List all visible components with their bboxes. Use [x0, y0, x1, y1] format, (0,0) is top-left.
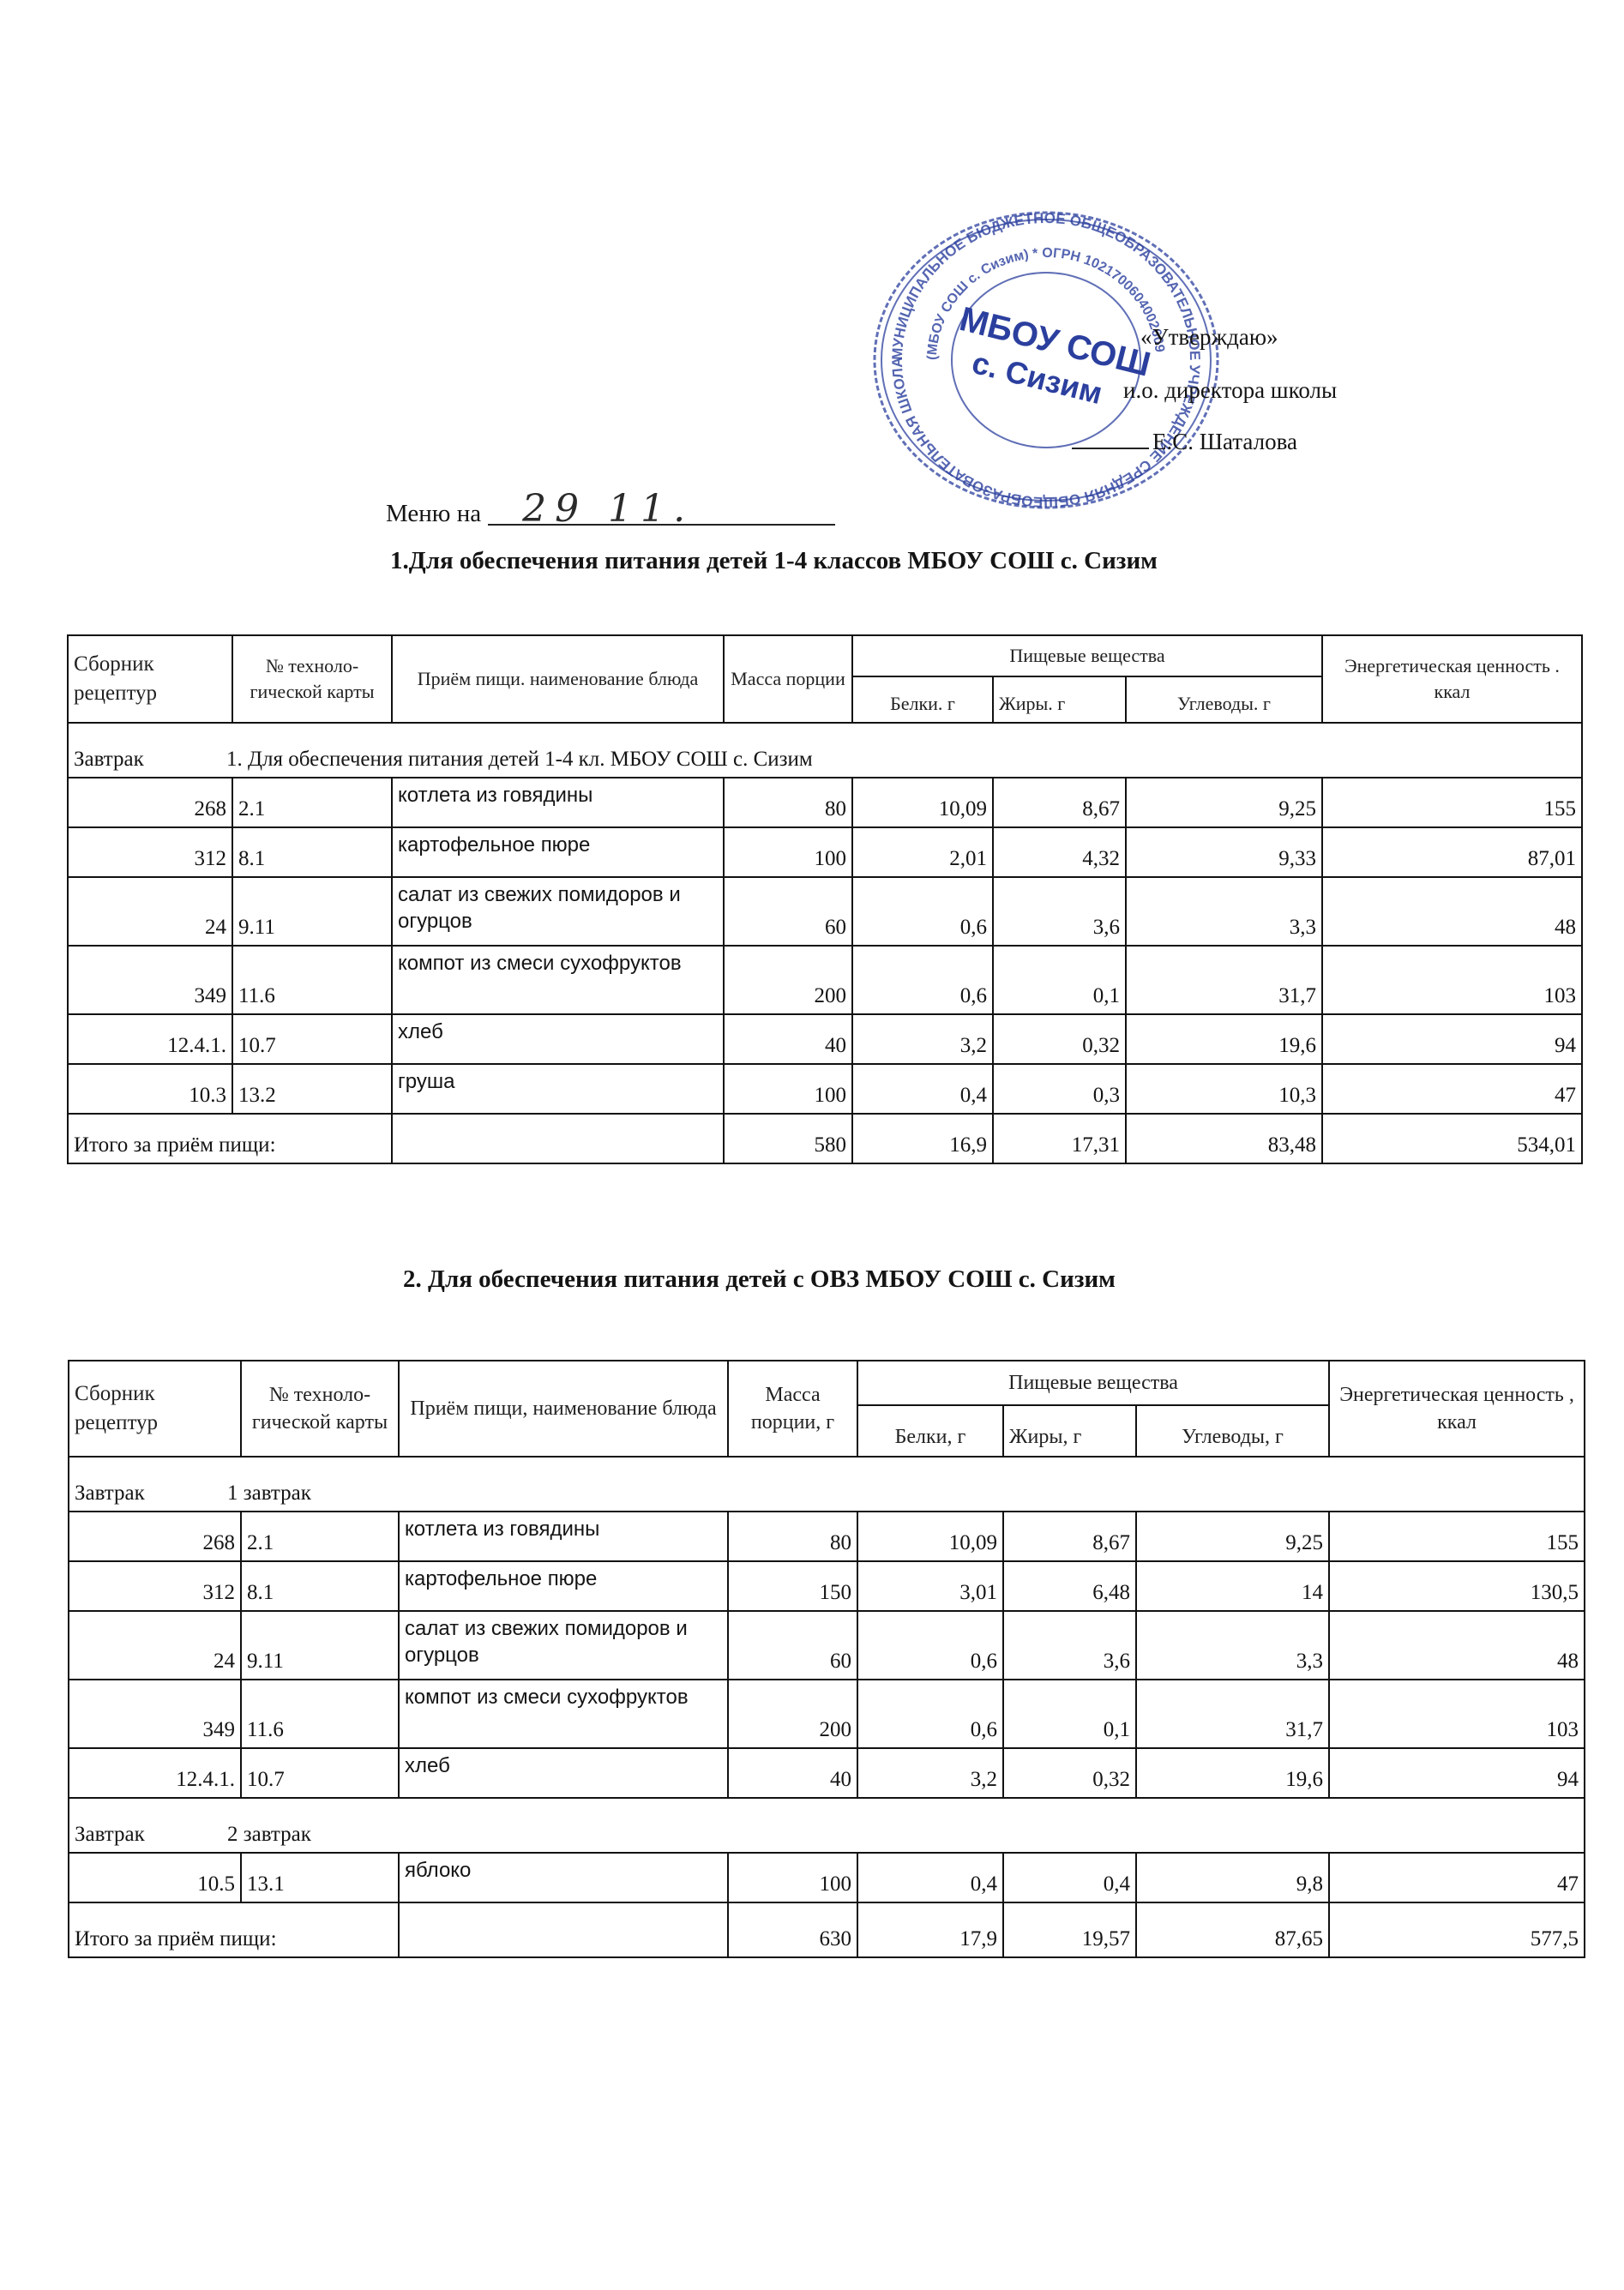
- recipe-collection-cell: 349: [68, 946, 232, 1014]
- meal-group-row: Завтрак2 завтрак: [69, 1798, 1585, 1853]
- tech-card-cell: 8.1: [241, 1561, 399, 1611]
- energy-cell: 47: [1322, 1064, 1582, 1114]
- protein-cell: 10,09: [857, 1512, 1003, 1561]
- mass-cell: 200: [724, 946, 852, 1014]
- table-row: 249.11салат из свежих помидоров и огурцо…: [69, 1611, 1585, 1680]
- dish-name-cell: компот из смеси сухофруктов: [392, 946, 724, 1014]
- tech-card-cell: 13.2: [232, 1064, 392, 1114]
- mass-cell: 40: [728, 1748, 857, 1798]
- tech-card-cell: 11.6: [232, 946, 392, 1014]
- table-body: 2682.1котлета из говядины8010,098,679,25…: [69, 1512, 1585, 1798]
- carbs-cell: 10,3: [1126, 1064, 1322, 1114]
- group-label: 2 завтрак: [227, 1823, 311, 1846]
- meal-label: Завтрак: [75, 1480, 227, 1508]
- protein-cell: 2,01: [852, 827, 993, 877]
- energy-cell: 94: [1329, 1748, 1585, 1798]
- carbs-cell: 31,7: [1136, 1680, 1329, 1748]
- protein-cell: 3,2: [857, 1748, 1003, 1798]
- approval-heading: «Утверждаю»: [1140, 326, 1278, 349]
- header-energy: Энергетическая ценность . ккал: [1322, 635, 1582, 723]
- dish-name-cell: яблоко: [399, 1853, 728, 1902]
- mass-cell: 150: [728, 1561, 857, 1611]
- dish-name-cell: картофельное пюре: [392, 827, 724, 877]
- table-row: 10.513.1яблоко1000,40,49,847: [69, 1853, 1585, 1902]
- total-empty-cell: [392, 1114, 724, 1163]
- total-fat: 19,57: [1003, 1902, 1136, 1957]
- fat-cell: 8,67: [993, 778, 1126, 827]
- energy-cell: 130,5: [1329, 1561, 1585, 1611]
- fat-cell: 0,1: [993, 946, 1126, 1014]
- header-nutrients: Пищевые вещества: [857, 1361, 1329, 1405]
- tech-card-cell: 8.1: [232, 827, 392, 877]
- header-tech-card: № техноло-гической карты: [232, 635, 392, 723]
- carbs-cell: 9,33: [1126, 827, 1322, 877]
- table-row: 2682.1котлета из говядины8010,098,679,25…: [69, 1512, 1585, 1561]
- mass-cell: 60: [728, 1611, 857, 1680]
- carbs-cell: 19,6: [1126, 1014, 1322, 1064]
- carbs-cell: 31,7: [1126, 946, 1322, 1014]
- total-label: Итого за приём пищи:: [69, 1902, 399, 1957]
- section-2-title: 2. Для обеспечения питания детей с ОВЗ М…: [403, 1265, 1116, 1294]
- tech-card-cell: 9.11: [241, 1611, 399, 1680]
- header-collection: Сборник рецептур: [69, 1361, 241, 1457]
- protein-cell: 0,6: [857, 1611, 1003, 1680]
- header-protein: Белки, г: [857, 1405, 1003, 1457]
- total-mass: 580: [724, 1114, 852, 1163]
- table-row: 12.4.1.10.7хлеб403,20,3219,694: [69, 1748, 1585, 1798]
- protein-cell: 0,4: [852, 1064, 993, 1114]
- energy-cell: 155: [1329, 1512, 1585, 1561]
- recipe-collection-cell: 24: [69, 1611, 241, 1680]
- menu-label: Меню на: [386, 500, 481, 527]
- dish-name-cell: котлета из говядины: [392, 778, 724, 827]
- total-row: Итого за приём пищи: 580 16,9 17,31 83,4…: [68, 1114, 1582, 1163]
- fat-cell: 6,48: [1003, 1561, 1136, 1611]
- fat-cell: 0,1: [1003, 1680, 1136, 1748]
- protein-cell: 0,6: [852, 877, 993, 946]
- tech-card-cell: 2.1: [241, 1512, 399, 1561]
- recipe-collection-cell: 312: [68, 827, 232, 877]
- total-protein: 17,9: [857, 1902, 1003, 1957]
- carbs-cell: 9,25: [1126, 778, 1322, 827]
- section-1-title: 1.Для обеспечения питания детей 1-4 клас…: [390, 547, 1158, 575]
- table-row: 12.4.1.10.7хлеб403,20,3219,694: [68, 1014, 1582, 1064]
- group-label: 1. Для обеспечения питания детей 1-4 кл.…: [226, 748, 813, 771]
- header-mass: Масса порции: [724, 635, 852, 723]
- fat-cell: 3,6: [993, 877, 1126, 946]
- tech-card-cell: 2.1: [232, 778, 392, 827]
- dish-name-cell: котлета из говядины: [399, 1512, 728, 1561]
- menu-date-field: 29 11.: [488, 495, 835, 526]
- dish-name-cell: картофельное пюре: [399, 1561, 728, 1611]
- school-stamp: МУНИЦИПАЛЬНОЕ БЮДЖЕТНОЕ ОБЩЕОБРАЗОВАТЕЛЬ…: [866, 206, 1226, 514]
- header-energy: Энергетическая ценность , ккал: [1329, 1361, 1585, 1457]
- mass-cell: 40: [724, 1014, 852, 1064]
- table-body: 2682.1котлета из говядины8010,098,679,25…: [68, 778, 1582, 1114]
- mass-cell: 100: [724, 827, 852, 877]
- tech-card-cell: 13.1: [241, 1853, 399, 1902]
- dish-name-cell: груша: [392, 1064, 724, 1114]
- dish-name-cell: компот из смеси сухофруктов: [399, 1680, 728, 1748]
- carbs-cell: 14: [1136, 1561, 1329, 1611]
- approval-signature-line: Е.С. Шаталова: [1072, 430, 1297, 454]
- table-row: 34911.6компот из смеси сухофруктов2000,6…: [69, 1680, 1585, 1748]
- energy-cell: 47: [1329, 1853, 1585, 1902]
- protein-cell: 3,01: [857, 1561, 1003, 1611]
- approver-name: Е.С. Шаталова: [1152, 429, 1297, 454]
- header-fat: Жиры. г: [993, 676, 1126, 723]
- total-carbs: 83,48: [1126, 1114, 1322, 1163]
- total-row: Итого за приём пищи: 630 17,9 19,57 87,6…: [69, 1902, 1585, 1957]
- meal-label: Завтрак: [74, 746, 226, 774]
- recipe-collection-cell: 10.5: [69, 1853, 241, 1902]
- group-label: 1 завтрак: [227, 1482, 311, 1505]
- total-mass: 630: [728, 1902, 857, 1957]
- recipe-collection-cell: 12.4.1.: [68, 1014, 232, 1064]
- fat-cell: 0,3: [993, 1064, 1126, 1114]
- header-dish: Приём пищи. наименование блюда: [392, 635, 724, 723]
- total-energy: 534,01: [1322, 1114, 1582, 1163]
- meal-label: Завтрак: [75, 1821, 227, 1849]
- menu-table-ovz: Сборник рецептур № техноло-гической карт…: [68, 1360, 1585, 1958]
- protein-cell: 10,09: [852, 778, 993, 827]
- menu-table-grades-1-4: Сборник рецептур № техноло-гической карт…: [67, 634, 1583, 1164]
- header-tech-card: № техноло-гической карты: [241, 1361, 399, 1457]
- fat-cell: 4,32: [993, 827, 1126, 877]
- header-carbs: Углеводы. г: [1126, 676, 1322, 723]
- table-row: 34911.6компот из смеси сухофруктов2000,6…: [68, 946, 1582, 1014]
- header-carbs: Углеводы, г: [1136, 1405, 1329, 1457]
- table-row: 10.313.2груша1000,40,310,347: [68, 1064, 1582, 1114]
- header-collection: Сборник рецептур: [68, 635, 232, 723]
- mass-cell: 100: [724, 1064, 852, 1114]
- meal-group-row: Завтрак1 завтрак: [69, 1457, 1585, 1512]
- tech-card-cell: 10.7: [241, 1748, 399, 1798]
- fat-cell: 0,32: [993, 1014, 1126, 1064]
- recipe-collection-cell: 24: [68, 877, 232, 946]
- recipe-collection-cell: 268: [68, 778, 232, 827]
- energy-cell: 87,01: [1322, 827, 1582, 877]
- total-label: Итого за приём пищи:: [68, 1114, 392, 1163]
- menu-date-line: Меню на29 11.: [386, 495, 835, 528]
- meal-group-row: Завтрак1. Для обеспечения питания детей …: [68, 723, 1582, 778]
- fat-cell: 0,4: [1003, 1853, 1136, 1902]
- header-fat: Жиры, г: [1003, 1405, 1136, 1457]
- energy-cell: 48: [1322, 877, 1582, 946]
- carbs-cell: 3,3: [1136, 1611, 1329, 1680]
- carbs-cell: 3,3: [1126, 877, 1322, 946]
- total-empty-cell: [399, 1902, 728, 1957]
- recipe-collection-cell: 10.3: [68, 1064, 232, 1114]
- energy-cell: 48: [1329, 1611, 1585, 1680]
- header-nutrients: Пищевые вещества: [852, 635, 1322, 676]
- carbs-cell: 19,6: [1136, 1748, 1329, 1798]
- fat-cell: 0,32: [1003, 1748, 1136, 1798]
- energy-cell: 103: [1322, 946, 1582, 1014]
- fat-cell: 3,6: [1003, 1611, 1136, 1680]
- dish-name-cell: салат из свежих помидоров и огурцов: [399, 1611, 728, 1680]
- dish-name-cell: хлеб: [399, 1748, 728, 1798]
- protein-cell: 0,6: [857, 1680, 1003, 1748]
- table-row: 3128.1картофельное пюре1503,016,4814130,…: [69, 1561, 1585, 1611]
- protein-cell: 3,2: [852, 1014, 993, 1064]
- total-fat: 17,31: [993, 1114, 1126, 1163]
- tech-card-cell: 11.6: [241, 1680, 399, 1748]
- recipe-collection-cell: 12.4.1.: [69, 1748, 241, 1798]
- fat-cell: 8,67: [1003, 1512, 1136, 1561]
- energy-cell: 94: [1322, 1014, 1582, 1064]
- protein-cell: 0,6: [852, 946, 993, 1014]
- carbs-cell: 9,8: [1136, 1853, 1329, 1902]
- table-body: 10.513.1яблоко1000,40,49,847: [69, 1853, 1585, 1902]
- tech-card-cell: 10.7: [232, 1014, 392, 1064]
- header-protein: Белки. г: [852, 676, 993, 723]
- total-protein: 16,9: [852, 1114, 993, 1163]
- mass-cell: 80: [728, 1512, 857, 1561]
- energy-cell: 155: [1322, 778, 1582, 827]
- recipe-collection-cell: 268: [69, 1512, 241, 1561]
- table-row: 3128.1картофельное пюре1002,014,329,3387…: [68, 827, 1582, 877]
- mass-cell: 80: [724, 778, 852, 827]
- table-row: 2682.1котлета из говядины8010,098,679,25…: [68, 778, 1582, 827]
- energy-cell: 103: [1329, 1680, 1585, 1748]
- header-dish: Приём пищи, наименование блюда: [399, 1361, 728, 1457]
- recipe-collection-cell: 312: [69, 1561, 241, 1611]
- mass-cell: 200: [728, 1680, 857, 1748]
- approval-position: и.о. директора школы: [1123, 379, 1337, 402]
- dish-name-cell: хлеб: [392, 1014, 724, 1064]
- carbs-cell: 9,25: [1136, 1512, 1329, 1561]
- total-energy: 577,5: [1329, 1902, 1585, 1957]
- dish-name-cell: салат из свежих помидоров и огурцов: [392, 877, 724, 946]
- protein-cell: 0,4: [857, 1853, 1003, 1902]
- total-carbs: 87,65: [1136, 1902, 1329, 1957]
- recipe-collection-cell: 349: [69, 1680, 241, 1748]
- table-row: 249.11салат из свежих помидоров и огурцо…: [68, 877, 1582, 946]
- header-mass: Масса порции, г: [728, 1361, 857, 1457]
- mass-cell: 60: [724, 877, 852, 946]
- tech-card-cell: 9.11: [232, 877, 392, 946]
- signature: [1072, 448, 1149, 449]
- mass-cell: 100: [728, 1853, 857, 1902]
